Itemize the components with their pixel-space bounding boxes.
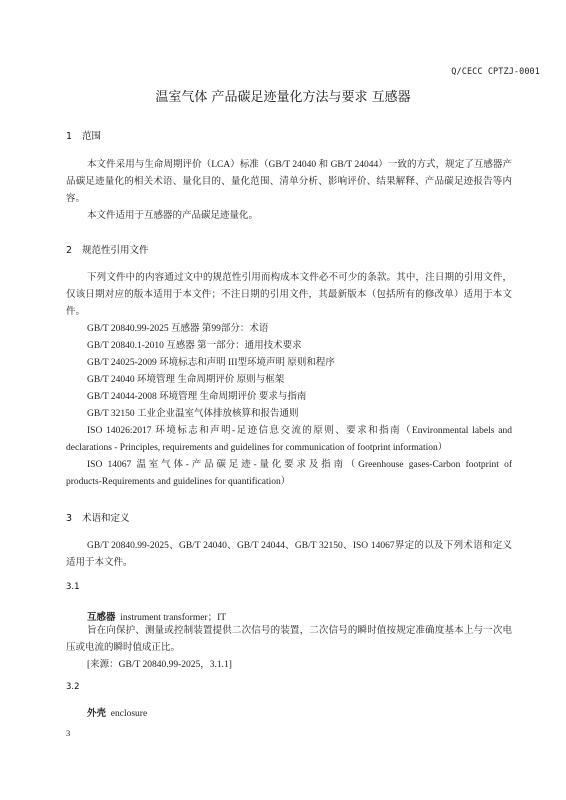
reference-iso14067-line1: ISO 14067 温室气体-产品碳足迹-量化要求及指南（Greenhouse … [87, 457, 512, 474]
term-3-1-heading: 互感器 instrument transformer；IT [87, 609, 226, 623]
reference-item: GB/T 20840.99-2025 互感器 第99部分：术语 [87, 321, 268, 338]
reference-iso14026-line2: declarations - Principles, requirements … [66, 440, 512, 457]
section-number: 2 [66, 245, 82, 256]
term-3-1-source: [来源：GB/T 20840.99-2025，3.1.1] [87, 657, 232, 674]
section-title: 术语和定义 [82, 513, 130, 524]
section-1-heading: 1范围 [66, 128, 101, 142]
term-3-2-heading: 外壳 enclosure [87, 705, 147, 719]
document-code: Q/CECC CPTZJ-0001 [451, 67, 540, 77]
term-number-3-1: 3.1 [66, 582, 80, 592]
section-number: 3 [66, 513, 82, 524]
term-number-3-2: 3.2 [66, 682, 80, 692]
reference-item: GB/T 32150 工业企业温室气体排放核算和报告通则 [87, 406, 298, 423]
reference-iso14026-line1: ISO 14026:2017 环境标志和声明-足迹信息交流的原则、要求和指南（E… [87, 423, 512, 440]
term-en: instrument transformer；IT [120, 613, 226, 623]
reference-item: GB/T 24044-2008 环境管理 生命周期评价 要求与指南 [87, 389, 306, 406]
document-title: 温室气体 产品碳足迹量化方法与要求 互感器 [0, 86, 566, 105]
term-zh: 互感器 [87, 612, 116, 623]
scope-paragraph-2: 本文件适用于互感器的产品碳足迹量化。 [66, 208, 512, 225]
references-intro: 下列文件中的内容通过文中的规范性引用而构成本文件必不可少的条款。其中，注日期的引… [66, 270, 512, 321]
section-title: 规范性引用文件 [82, 245, 149, 256]
page-number: 3 [66, 728, 70, 738]
scope-paragraph-1: 本文件采用与生命周期评价（LCA）标准（GB/T 24040 和 GB/T 24… [66, 157, 512, 208]
reference-item: GB/T 20840.1-2010 互感器 第一部分：通用技术要求 [87, 338, 302, 355]
section-3-heading: 3术语和定义 [66, 510, 130, 524]
term-3-1-definition: 旨在向保护、测量或控制装置提供二次信号的装置，二次信号的瞬时值按规定准确度基本上… [66, 623, 512, 657]
section-2-heading: 2规范性引用文件 [66, 242, 149, 256]
section-title: 范围 [82, 131, 101, 142]
term-en: enclosure [111, 709, 147, 719]
document-page: Q/CECC CPTZJ-0001 温室气体 产品碳足迹量化方法与要求 互感器 … [0, 0, 566, 800]
reference-item: GB/T 24040 环境管理 生命周期评价 原则与框架 [87, 372, 284, 389]
term-zh: 外壳 [87, 708, 106, 719]
terms-intro: GB/T 20840.99-2025、GB/T 24040、GB/T 24044… [66, 538, 512, 572]
reference-iso14067-line2: products-Requirements and guidelines for… [66, 474, 512, 491]
section-number: 1 [66, 131, 82, 142]
reference-item: GB/T 24025-2009 环境标志和声明 III型环境声明 原则和程序 [87, 355, 335, 372]
